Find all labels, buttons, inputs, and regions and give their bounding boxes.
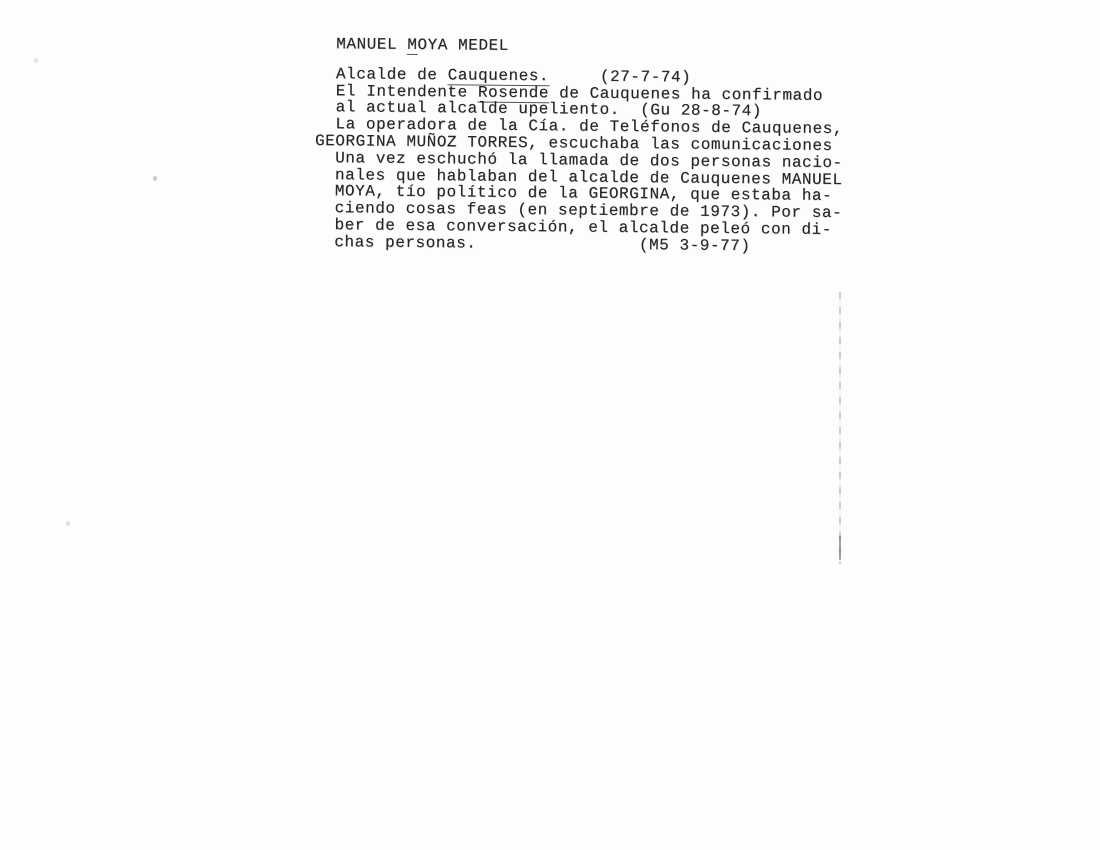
scanned-document-page: MANUEL MOYA MEDEL Alcalde de Cauquenes. … bbox=[0, 0, 1100, 850]
scan-scratch-artifact bbox=[839, 292, 841, 564]
scan-speck bbox=[153, 176, 157, 181]
typewritten-text-block: MANUEL MOYA MEDEL Alcalde de Cauquenes. … bbox=[314, 36, 844, 256]
scan-scratch-dark-segment bbox=[839, 536, 841, 560]
scan-speck bbox=[34, 58, 38, 63]
text-segment: chas personas. (M5 3-9-77) bbox=[314, 233, 751, 255]
text-segment: MANUEL bbox=[316, 35, 408, 54]
text-segment: OYA MEDEL bbox=[417, 36, 509, 55]
underlined-text: M bbox=[407, 36, 417, 55]
document-title: MANUEL MOYA MEDEL bbox=[316, 36, 844, 58]
scan-speck bbox=[66, 521, 70, 526]
